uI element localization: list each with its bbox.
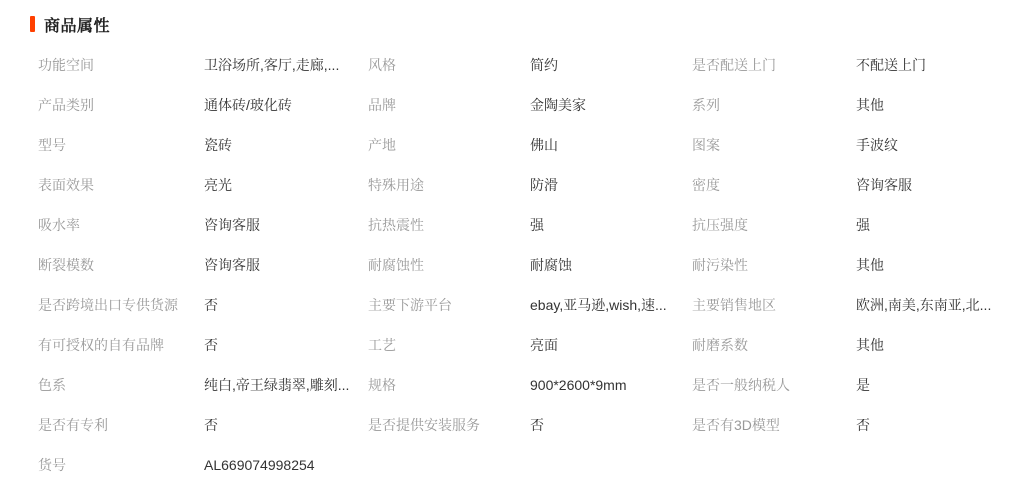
attribute-label: 有可授权的自有品牌 bbox=[38, 335, 204, 355]
attribute-row: 表面效果亮光特殊用途防滑密度咨询客服 bbox=[38, 165, 1032, 205]
attribute-label: 耐腐蚀性 bbox=[368, 255, 530, 275]
attribute-value: 其他 bbox=[856, 255, 1032, 275]
attribute-value: 咨询客服 bbox=[856, 175, 1032, 195]
attribute-value: 不配送上门 bbox=[856, 55, 1032, 75]
accent-bar-icon bbox=[30, 16, 35, 32]
section-title: 商品属性 bbox=[44, 13, 110, 36]
attribute-label: 表面效果 bbox=[38, 175, 204, 195]
attribute-value: 瓷砖 bbox=[204, 135, 368, 155]
attribute-label: 工艺 bbox=[368, 335, 530, 355]
attribute-label: 产品类别 bbox=[38, 95, 204, 115]
attribute-value: 亮光 bbox=[204, 175, 368, 195]
attribute-label: 是否有专利 bbox=[38, 415, 204, 435]
attribute-label: 主要销售地区 bbox=[692, 295, 856, 315]
attribute-value: 简约 bbox=[530, 55, 692, 75]
attribute-value: 通体砖/玻化砖 bbox=[204, 95, 368, 115]
attribute-row: 货号AL669074998254 bbox=[38, 445, 1032, 485]
attribute-label: 功能空间 bbox=[38, 55, 204, 75]
attribute-label: 风格 bbox=[368, 55, 530, 75]
attribute-value: 强 bbox=[856, 215, 1032, 235]
attribute-row: 型号瓷砖产地佛山图案手波纹 bbox=[38, 125, 1032, 165]
attribute-value: 强 bbox=[530, 215, 692, 235]
attribute-value: 金陶美家 bbox=[530, 95, 692, 115]
attribute-value: 否 bbox=[856, 415, 1032, 435]
attribute-row: 是否跨境出口专供货源否主要下游平台ebay,亚马逊,wish,速...主要销售地… bbox=[38, 285, 1032, 325]
attribute-value: 否 bbox=[204, 335, 368, 355]
attribute-row: 产品类别通体砖/玻化砖品牌金陶美家系列其他 bbox=[38, 85, 1032, 125]
attribute-value: ebay,亚马逊,wish,速... bbox=[530, 295, 692, 315]
attribute-row: 色系纯白,帝王绿翡翠,雕刻...规格900*2600*9mm是否一般纳税人是 bbox=[38, 365, 1032, 405]
attribute-label: 抗压强度 bbox=[692, 215, 856, 235]
attribute-value: 否 bbox=[204, 415, 368, 435]
attribute-label: 耐污染性 bbox=[692, 255, 856, 275]
attribute-value: 防滑 bbox=[530, 175, 692, 195]
attribute-row: 是否有专利否是否提供安装服务否是否有3D模型否 bbox=[38, 405, 1032, 445]
attribute-value: 佛山 bbox=[530, 135, 692, 155]
attributes-table: 功能空间卫浴场所,客厅,走廊,...风格简约是否配送上门不配送上门产品类别通体砖… bbox=[38, 45, 1032, 485]
attribute-value: 其他 bbox=[856, 335, 1032, 355]
attribute-value: 否 bbox=[204, 295, 368, 315]
attribute-value: 否 bbox=[530, 415, 692, 435]
attribute-label: 图案 bbox=[692, 135, 856, 155]
attribute-label: 主要下游平台 bbox=[368, 295, 530, 315]
attribute-value: 900*2600*9mm bbox=[530, 377, 692, 393]
attribute-value: 亮面 bbox=[530, 335, 692, 355]
attribute-value: 纯白,帝王绿翡翠,雕刻... bbox=[204, 375, 368, 395]
attribute-value: 手波纹 bbox=[856, 135, 1032, 155]
attribute-value: AL669074998254 bbox=[204, 457, 368, 473]
attribute-value: 卫浴场所,客厅,走廊,... bbox=[204, 55, 368, 75]
attribute-label: 品牌 bbox=[368, 95, 530, 115]
attribute-label: 是否一般纳税人 bbox=[692, 375, 856, 395]
attribute-row: 吸水率咨询客服抗热震性强抗压强度强 bbox=[38, 205, 1032, 245]
product-attributes-section: 商品属性 功能空间卫浴场所,客厅,走廊,...风格简约是否配送上门不配送上门产品… bbox=[0, 0, 1032, 485]
attribute-value: 咨询客服 bbox=[204, 255, 368, 275]
attribute-label: 是否有3D模型 bbox=[692, 415, 856, 435]
attribute-label: 耐磨系数 bbox=[692, 335, 856, 355]
attribute-label: 密度 bbox=[692, 175, 856, 195]
attribute-label: 货号 bbox=[38, 455, 204, 475]
attribute-label: 型号 bbox=[38, 135, 204, 155]
attribute-value: 咨询客服 bbox=[204, 215, 368, 235]
attribute-label: 系列 bbox=[692, 95, 856, 115]
attribute-value: 欧洲,南美,东南亚,北... bbox=[856, 295, 1032, 315]
attribute-row: 功能空间卫浴场所,客厅,走廊,...风格简约是否配送上门不配送上门 bbox=[38, 45, 1032, 85]
attribute-label: 规格 bbox=[368, 375, 530, 395]
attribute-value: 其他 bbox=[856, 95, 1032, 115]
attribute-row: 断裂模数咨询客服耐腐蚀性耐腐蚀耐污染性其他 bbox=[38, 245, 1032, 285]
section-header: 商品属性 bbox=[30, 14, 1032, 34]
attribute-label: 产地 bbox=[368, 135, 530, 155]
attribute-row: 有可授权的自有品牌否工艺亮面耐磨系数其他 bbox=[38, 325, 1032, 365]
attribute-label: 色系 bbox=[38, 375, 204, 395]
attribute-label: 断裂模数 bbox=[38, 255, 204, 275]
attribute-label: 抗热震性 bbox=[368, 215, 530, 235]
attribute-label: 特殊用途 bbox=[368, 175, 530, 195]
attribute-label: 是否提供安装服务 bbox=[368, 415, 530, 435]
attribute-label: 是否配送上门 bbox=[692, 55, 856, 75]
attribute-value: 是 bbox=[856, 375, 1032, 395]
attribute-label: 是否跨境出口专供货源 bbox=[38, 295, 204, 315]
attribute-label: 吸水率 bbox=[38, 215, 204, 235]
attribute-value: 耐腐蚀 bbox=[530, 255, 692, 275]
